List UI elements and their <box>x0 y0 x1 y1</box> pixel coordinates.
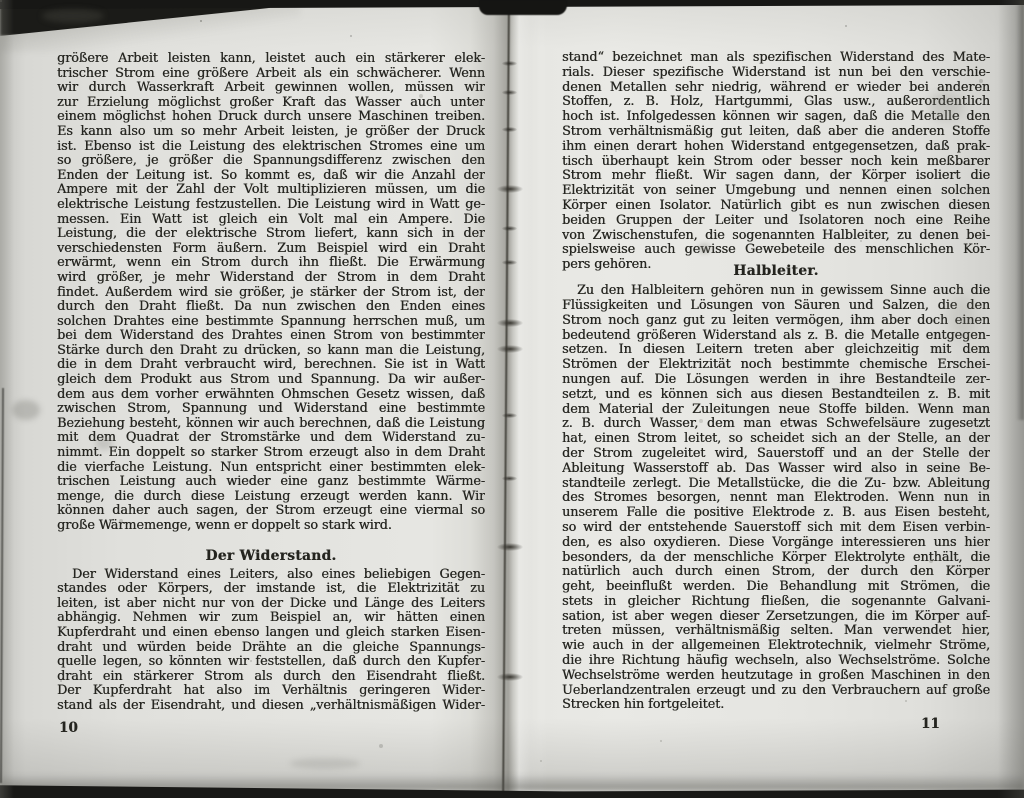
spine-top-dark <box>479 0 567 15</box>
text-line: solchen Drahtes eine bestimmte Spannung … <box>57 315 485 330</box>
stitch-mark <box>502 260 517 265</box>
stitch-mark <box>502 226 517 231</box>
text-line: Leistung, die der elektrische Strom lief… <box>57 227 485 242</box>
text-line: stand als der Eisendraht, und diesen „ve… <box>57 699 485 714</box>
text-line: tisch überhaupt kein Strom oder besser n… <box>562 155 990 170</box>
text-line: der Strom zugeleitet wird, Sauerstoff un… <box>562 447 990 462</box>
text-line: wir durch Wasserkraft Arbeit gewinnen wo… <box>57 81 485 96</box>
page-number-left: 10 <box>59 720 78 736</box>
section-heading-halbleiter: Halbleiter. <box>562 263 990 280</box>
text-line: Körper einen Isolator. Natürlich gibt es… <box>562 199 990 214</box>
stitch-mark <box>502 413 517 418</box>
text-line: Wechselströme werden heutzutage in große… <box>562 669 990 684</box>
page-edge-left-line <box>0 388 4 783</box>
text-line: menge, die durch diese Leistung erzeugt … <box>57 490 485 505</box>
text-line: dem Material der Zuleitungen neue Stoffe… <box>562 403 990 418</box>
text-line: treten müssen, verhältnismäßig selten. M… <box>562 624 990 639</box>
text-line: trischen Leistung auch wieder eine ganz … <box>57 475 485 490</box>
text-line: mit dem Quadrat der Stromstärke und dem … <box>57 431 485 446</box>
text-line: messen. Ein Watt ist gleich ein Volt mal… <box>57 213 485 228</box>
text-line: können daher auch sagen, der Strom erzeu… <box>57 504 485 519</box>
page-edge-bottom <box>0 776 1024 798</box>
text-line: sation, ist aber wegen dieser Zersetzung… <box>562 610 990 625</box>
text-line: Enden der Leitung ist. So kommt es, daß … <box>57 169 485 184</box>
text-line: rials. Dieser spezifische Widerstand ist… <box>562 66 990 81</box>
text-line: draht und würden beide Drähte an die gle… <box>57 641 485 656</box>
text-line: durch den Draht fließt. Da nun zwischen … <box>57 300 485 315</box>
page-edge-left <box>0 0 14 798</box>
text-line: setzen. In diesen Leitern treten aber gl… <box>562 343 990 358</box>
stitch-mark <box>497 543 523 551</box>
text-line: Zu den Halbleitern gehören nun in gewiss… <box>562 284 990 299</box>
stitch-mark <box>497 185 523 193</box>
stain <box>290 758 360 769</box>
paragraph: stand“ bezeichnet man als spezifischen W… <box>562 51 990 258</box>
paragraph-end-with-heading: pers gehören. Halbleiter. <box>562 258 990 284</box>
text-line: ihm einen derart hohen Widerstand entgeg… <box>562 140 990 155</box>
text-line: elektrische Leistung festzustellen. Die … <box>57 198 485 213</box>
text-line: des Stromes besorgen, nennt man Elektrod… <box>562 491 990 506</box>
text-line: Es kann also um so mehr Arbeit leisten, … <box>57 125 485 140</box>
text-line: Ampere mit der Zahl der Volt multiplizie… <box>57 183 485 198</box>
text-line: die in dem Draht verbraucht wird, berech… <box>57 358 485 373</box>
text-line: Strom mehr fließt. Wir sagen dann, der K… <box>562 169 990 184</box>
stitch-mark <box>502 61 517 66</box>
text-line: Der Kupferdraht hat also im Verhältnis g… <box>57 684 485 699</box>
page-number-right: 11 <box>921 716 940 732</box>
text-line: Stärke durch den Draht zu drücken, so ka… <box>57 344 485 359</box>
text-line: so größere, je größer die Spannungsdiffe… <box>57 154 485 169</box>
text-line: wie auch in der allgemeinen Elektrotechn… <box>562 639 990 654</box>
paragraph: größere Arbeit leisten kann, leistet auc… <box>57 52 485 534</box>
text-line: z. B. durch Wasser, dem man etwas Schwef… <box>562 417 990 432</box>
text-line: natürlich auch durch einen Strom, der du… <box>562 565 990 580</box>
text-line: Strom verhältnismäßig gut leiten, daß ab… <box>562 125 990 140</box>
text-line: Strömen der Elektrizität noch bestimmte … <box>562 358 990 373</box>
stitch-mark <box>502 90 517 95</box>
text-line: setzt, und es können sich aus diesen Bes… <box>562 388 990 403</box>
text-line: die ihre Richtung häufig wechseln, also … <box>562 654 990 669</box>
text-line: Der Widerstand eines Leiters, also eines… <box>57 568 485 583</box>
corner-shadow <box>0 6 300 52</box>
page-edge-top <box>0 0 1024 9</box>
text-line: findet. Außerdem wird sie größer, je stä… <box>57 286 485 301</box>
stitch-mark <box>502 476 517 481</box>
stain <box>42 9 104 23</box>
stitch-mark <box>497 319 523 327</box>
text-line: Strom noch ganz gut zu leiten vermögen, … <box>562 314 990 329</box>
text-line: Ableitung Wasserstoff ab. Das Wasser wir… <box>562 462 990 477</box>
text-line: verschiedensten Form äußern. Zum Beispie… <box>57 242 485 257</box>
page-edge-right <box>998 0 1024 798</box>
text-line: zwischen Strom, Spannung und Widerstand … <box>57 402 485 417</box>
text-line: von Zwischenstufen, die sogenannten Halb… <box>562 229 990 244</box>
text-line: beiden Gruppen der Leiter und Isolatoren… <box>562 214 990 229</box>
text-line: unserem Falle die positive Elektrode z. … <box>562 506 990 521</box>
text-line: die vierfache Leistung. Nun entspricht e… <box>57 461 485 476</box>
paragraph: Zu den Halbleitern gehören nun in gewiss… <box>562 284 990 713</box>
text-line: große Wärmemenge, wenn er doppelt so sta… <box>57 519 485 534</box>
text-line: abhängig. Nehmen wir zum Beispiel an, wi… <box>57 611 485 626</box>
text-line: bedeutend größeren Widerstand als z. B. … <box>562 329 990 344</box>
text-line: nungen auf. Die Lösungen werden in ihre … <box>562 373 990 388</box>
text-line: erwärmt, wenn ein Strom durch ihn fließt… <box>57 256 485 271</box>
text-line: Elektrizität von seiner Umgebung und nen… <box>562 184 990 199</box>
text-line: geht, beeinflußt werden. Die Behandlung … <box>562 580 990 595</box>
text-line: Flüssigkeiten und Lösungen von Säuren un… <box>562 299 990 314</box>
text-line: bei dem Widerstand des Drahtes einen Str… <box>57 329 485 344</box>
text-line: dem aus dem vorher erwähnten Ohmschen Ge… <box>57 388 485 403</box>
text-line: standteile zerlegt. Die Metallstücke, di… <box>562 477 990 492</box>
stitch-mark <box>497 673 523 681</box>
right-page: stand“ bezeichnet man als spezifischen W… <box>562 51 990 713</box>
text-line: Strecken hin fortgeleitet. <box>562 698 990 713</box>
text-line: stand“ bezeichnet man als spezifischen W… <box>562 51 990 66</box>
text-line: stets in gleicher Richtung fließen, die … <box>562 595 990 610</box>
paper-speckles <box>0 0 2 2</box>
text-line: leiten, ist aber nicht nur von der Dicke… <box>57 597 485 612</box>
spine-fold-line <box>502 0 510 798</box>
text-line: spielsweise auch gewisse Gewebeteile des… <box>562 243 990 258</box>
text-line: hat, einen Strom leitet, so scheidet sic… <box>562 432 990 447</box>
text-line: zur Erzielung möglichst großer Kraft das… <box>57 96 485 111</box>
text-line: trischer Strom eine größere Arbeit als e… <box>57 67 485 82</box>
text-line: nimmt. Ein doppelt so starker Strom erze… <box>57 446 485 461</box>
text-line: draht ein stärkerer Strom als durch den … <box>57 670 485 685</box>
section-heading-der-widerstand: Der Widerstand. <box>57 548 485 565</box>
text-line: den, es also oxydieren. Diese Vorgänge i… <box>562 536 990 551</box>
text-line: Ueberlandzentralen erzeugt und zu den Ve… <box>562 684 990 699</box>
stitch-mark <box>497 345 523 353</box>
text-line: standes oder Körpers, der imstande ist, … <box>57 582 485 597</box>
paragraph: Der Widerstand eines Leiters, also eines… <box>57 568 485 714</box>
text-line: Beziehung besteht, können wir auch berec… <box>57 417 485 432</box>
text-line: einem möglichst hohen Druck durch unsere… <box>57 110 485 125</box>
text-line: gleich dem Produkt aus Strom und Spannun… <box>57 373 485 388</box>
text-line: Kupferdraht und einen ebenso langen und … <box>57 626 485 641</box>
stitch-mark <box>502 127 517 132</box>
text-line: besonders, da der menschliche Körper Ele… <box>562 551 990 566</box>
page-edge-right-dark <box>1016 0 1024 420</box>
scanned-book-spread: größere Arbeit leisten kann, leistet auc… <box>0 0 1024 798</box>
text-line: größere Arbeit leisten kann, leistet auc… <box>57 52 485 67</box>
text-line: quelle legen, so könnten wir feststellen… <box>57 655 485 670</box>
text-line: hoch ist. Infolgedessen können wir sagen… <box>562 110 990 125</box>
text-line: so wird der entstehende Sauerstoff sich … <box>562 521 990 536</box>
text-line: denen Metallen sehr niedrig, während er … <box>562 81 990 96</box>
text-line: ist. Ebenso ist die Leistung des elektri… <box>57 140 485 155</box>
left-page: größere Arbeit leisten kann, leistet auc… <box>57 52 485 714</box>
page-edge-bottom-shadow <box>0 774 1024 790</box>
stain <box>12 400 40 420</box>
text-line: Stoffen, z. B. Holz, Hartgummi, Glas usw… <box>562 95 990 110</box>
text-line: wird größer, je mehr Widerstand der Stro… <box>57 271 485 286</box>
corner-dark-edge <box>0 0 270 36</box>
